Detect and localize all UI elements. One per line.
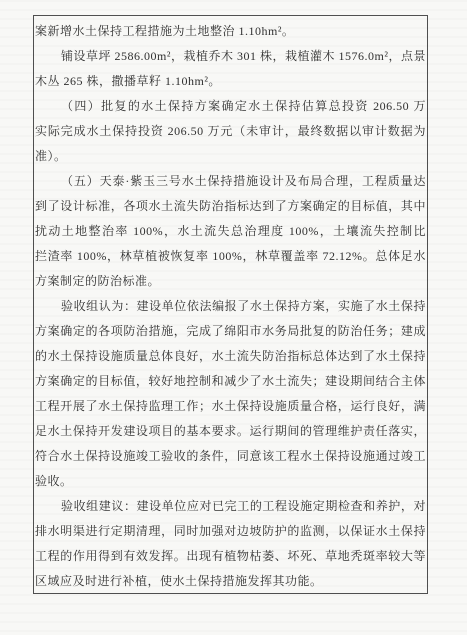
text-line: 铺设草坪 2586.00m²，栽植乔木 301 株，栽植灌木 1576.0m²，… — [35, 44, 426, 69]
text-line: 符合水土保持设施竣工验收的条件，同意该工程水土保持设施通过竣工 — [35, 444, 426, 469]
text-line: 方案确定的各项防治措施，完成了绵阳市水务局批复的防治任务；建成 — [35, 319, 426, 344]
text-line: 木丛 265 株，撒播草籽 1.10hm²。 — [35, 69, 426, 94]
text-line: 准）。 — [35, 144, 426, 169]
text-line: （四）批复的水土保持方案确定水土保持估算总投资 206.50 万元， — [35, 94, 426, 119]
text-line: 工程的作用得到有效发挥。出现有植物枯萎、坏死、草地秃斑率较大等 — [35, 544, 426, 569]
text-line: 扰动土地整治率 100%，水土流失总治理度 100%，土壤流失控制比 1.00， — [35, 219, 426, 244]
text-line: 实际完成水土保持投资 206.50 万元（未审计，最终数据以审计数据为 — [35, 119, 426, 144]
text-line: 方案确定的目标值，较好地控制和减少了水土流失；建设期间结合主体 — [35, 369, 426, 394]
text-line: 案新增水土保持工程措施为土地整治 1.10hm²。 — [35, 19, 426, 44]
text-line: 的水土保持设施质量总体良好，水土流失防治指标总体达到了水土保持 — [35, 344, 426, 369]
document-table-cell: 案新增水土保持工程措施为土地整治 1.10hm²。 铺设草坪 2586.00m²… — [33, 15, 428, 594]
text-line: 足水土保持开发建设项目的基本要求。运行期间的管理维护责任落实， — [35, 419, 426, 444]
text-line: 方案制定的防治标准。 — [35, 269, 426, 294]
scan-page: { "colors": { "paper": "#f8f8f6", "ink":… — [0, 0, 467, 635]
text-line: 工程开展了水土保持监理工作；水土保持设施质量合格，运行良好，满 — [35, 394, 426, 419]
text-line: （五）天泰·紫玉三号水土保持措施设计及布局合理，工程质量达 — [35, 169, 426, 194]
text-line: 验收。 — [35, 469, 426, 494]
text-line: 验收组建议：建设单位应对已完工的工程设施定期检查和养护，对 — [35, 494, 426, 519]
text-line: 拦渣率 100%，林草植被恢复率 100%，林草覆盖率 72.12%。总体足水保 — [35, 244, 426, 269]
text-line: 到了设计标准，各项水土流失防治指标达到了方案确定的目标值，其中 — [35, 194, 426, 219]
text-line: 区域应及时进行补植，使水土保持措施发挥其功能。 — [35, 569, 426, 594]
text-line: 排水明渠进行定期清理，同时加强对边坡防护的监测，以保证水土保持 — [35, 519, 426, 544]
text-line: 验收组认为：建设单位依法编报了水土保持方案，实施了水土保持 — [35, 294, 426, 319]
